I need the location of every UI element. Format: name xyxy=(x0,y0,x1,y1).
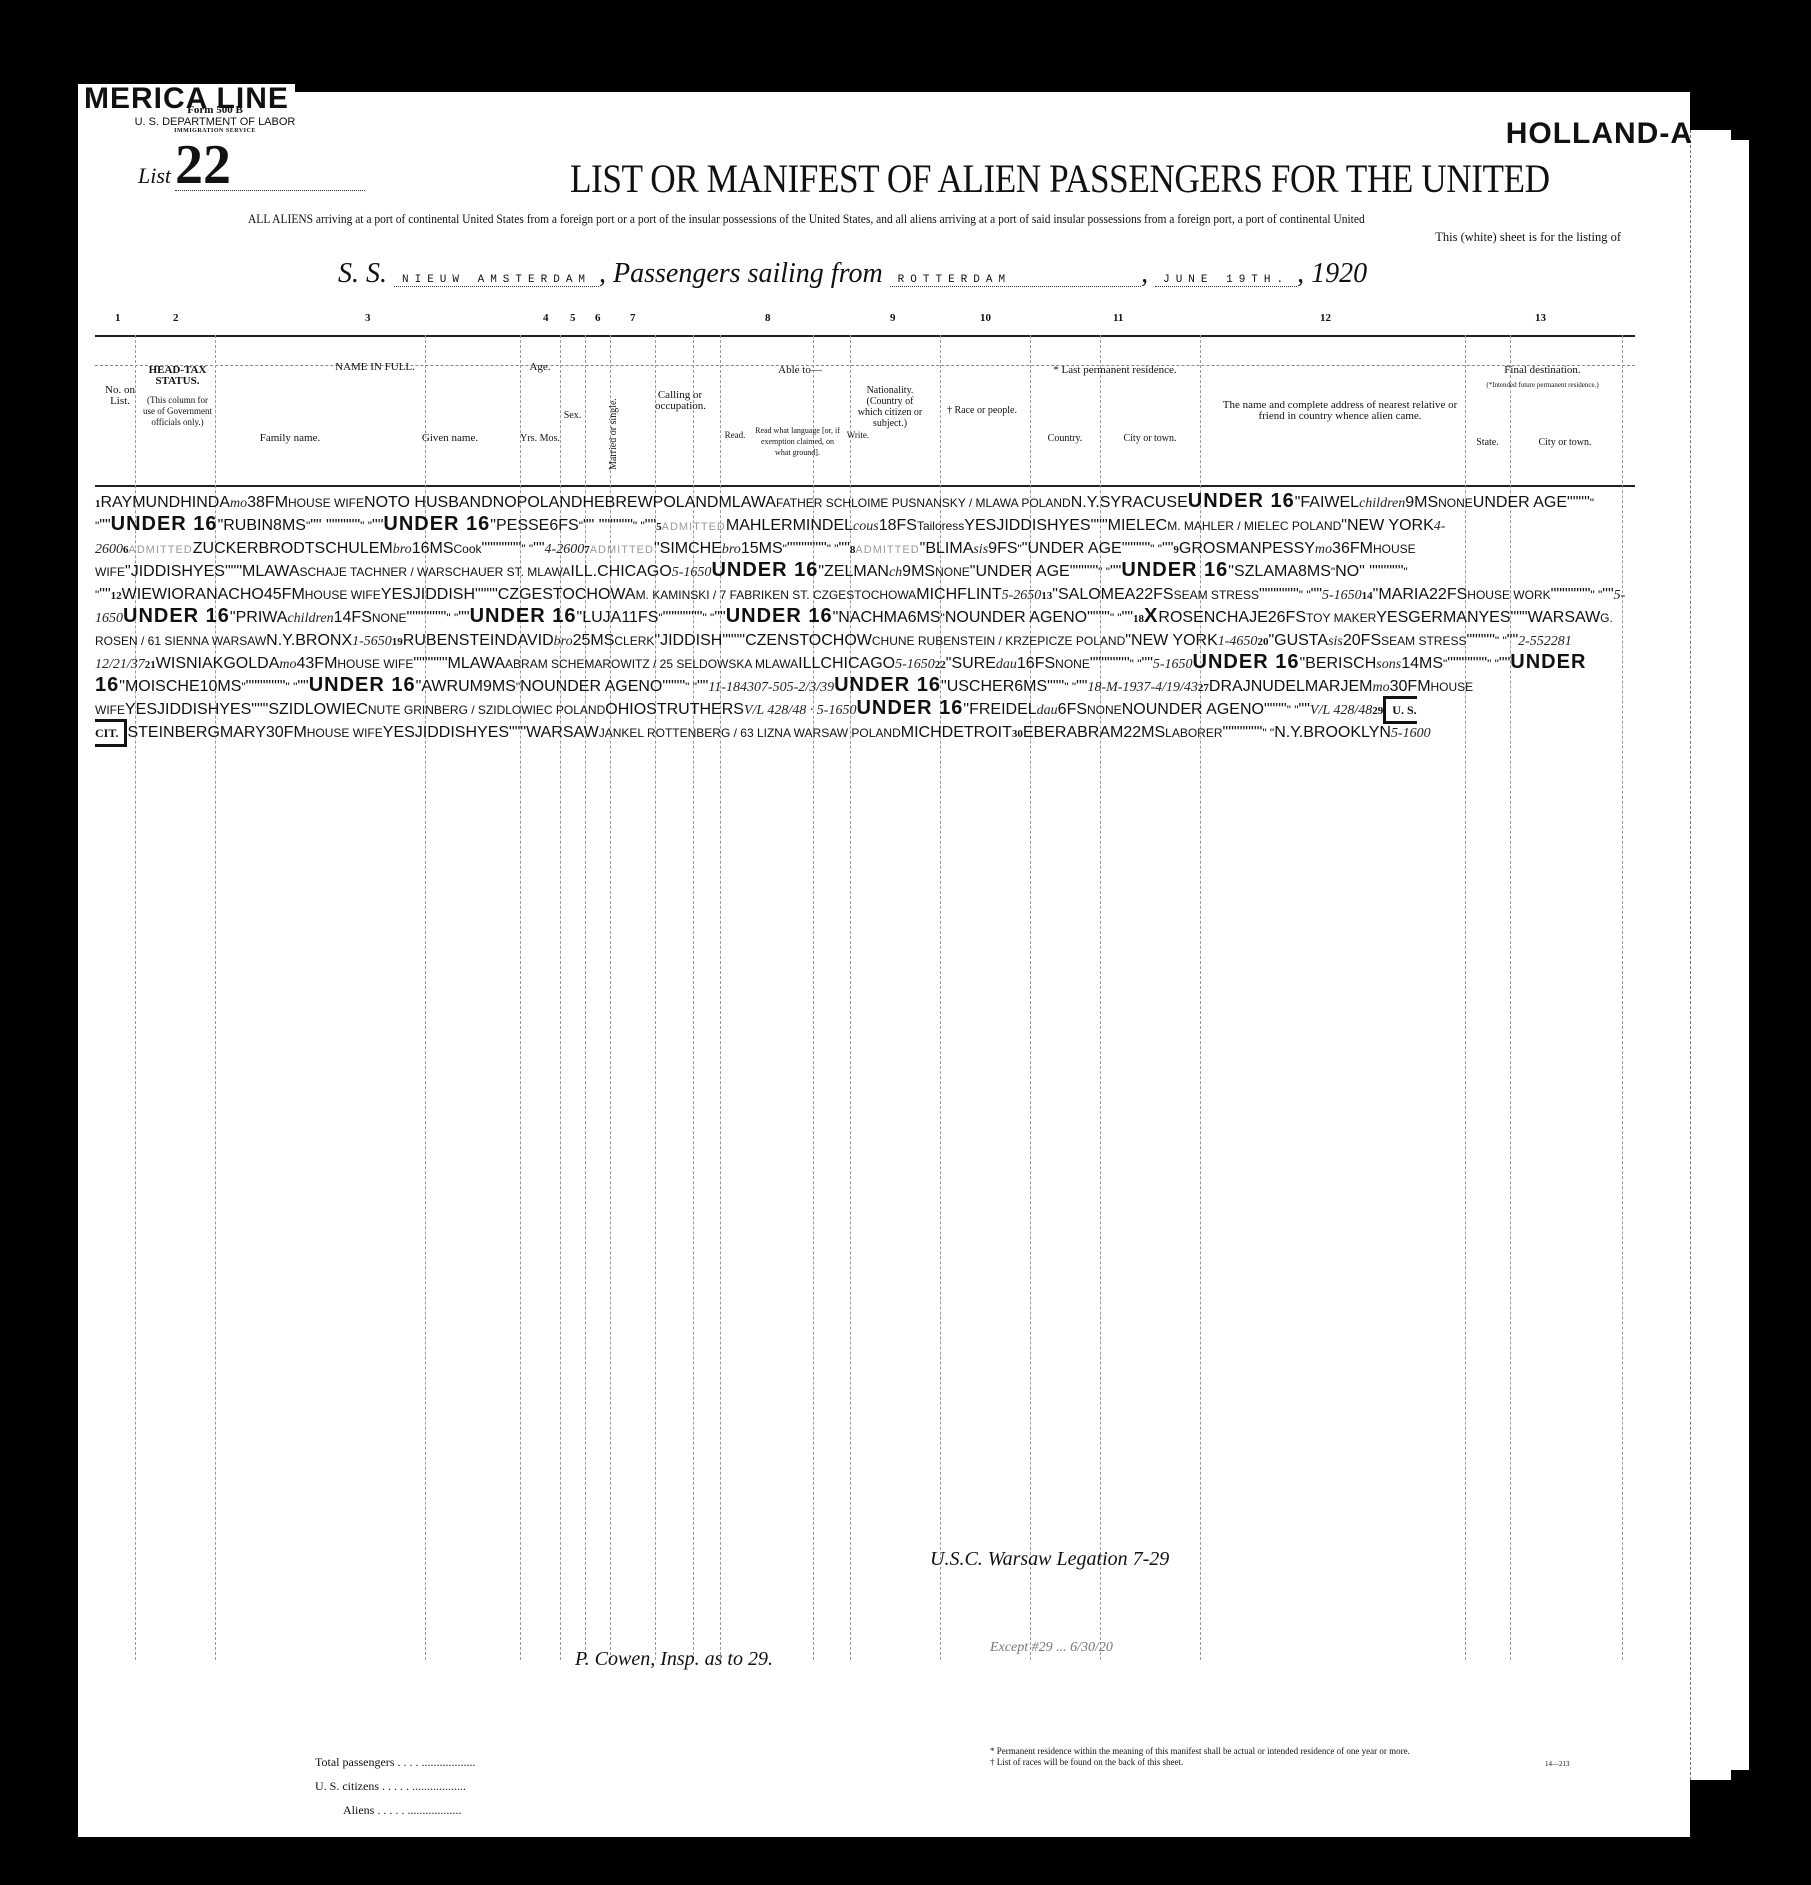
cell-annot: 5-1650 xyxy=(672,565,712,580)
total-passengers-label: Total passengers . . . . ...............… xyxy=(315,1750,475,1774)
cell-write: YES xyxy=(477,724,509,741)
port: ROTTERDAM xyxy=(890,274,1141,287)
cell-age: 16 xyxy=(412,540,430,557)
cell-family: WIEWIORA xyxy=(122,586,206,603)
cell-given: MARJEM xyxy=(1305,678,1373,695)
cell-age: 15 xyxy=(741,540,759,557)
cell-sex: M xyxy=(1141,724,1154,741)
cell-city: SZIDLOWIEC xyxy=(268,701,368,718)
cell-sex: F xyxy=(351,609,361,626)
cell-relative: CHUNE RUBENSTEIN / KRZEPICZE POLAND xyxy=(872,634,1125,648)
list-number: 22 xyxy=(175,140,365,191)
cell-read: NO xyxy=(520,678,544,695)
cell-write: YES xyxy=(1059,517,1091,534)
cell-status: ADMITTED xyxy=(590,544,654,556)
cell-dest: CHICAGO xyxy=(820,655,895,672)
footnote-residence: * Permanent residence within the meaning… xyxy=(990,1746,1410,1757)
cell-sex: M xyxy=(492,678,505,695)
cell-status: UNDER 16 xyxy=(123,605,230,627)
cell-relative: " " xyxy=(446,611,458,625)
cell-rel-note: bro xyxy=(554,634,573,649)
col-num: 2 xyxy=(173,312,179,324)
cell-given: PESSE xyxy=(496,517,549,534)
sailing-label: Passengers sailing from xyxy=(613,258,883,289)
cell-lang: " " xyxy=(1359,563,1375,580)
cell-lang: JIDDISH xyxy=(131,563,193,580)
cell-sex: M xyxy=(429,540,442,557)
cell-occ: SEAM STRESS xyxy=(1381,634,1466,648)
cell-ms: S xyxy=(1037,678,1048,695)
cell-age: 22 xyxy=(1429,586,1447,603)
cell-occ: NONE xyxy=(1055,657,1090,671)
cell-sex: M xyxy=(217,678,230,695)
sailing-date: JUNE 19TH. xyxy=(1155,274,1297,287)
cell-relative: " " xyxy=(827,542,839,556)
header-head-tax: HEAD-TAX STATUS. xyxy=(140,365,215,387)
cell-dest: NEW YORK xyxy=(1131,632,1218,649)
col-num: 3 xyxy=(365,312,371,324)
cell-relative: " " xyxy=(1590,588,1602,602)
cell-sex: M xyxy=(282,517,295,534)
cell-rel-note: mo xyxy=(1315,542,1332,557)
cell-age: 11 xyxy=(621,609,638,626)
header-read-language: Read what language [or, if exemption cla… xyxy=(755,425,840,458)
cell-age: 9 xyxy=(902,563,911,580)
cell-age: 8 xyxy=(273,517,282,534)
header-dest-city: City or town. xyxy=(1515,437,1615,448)
header-race: † Race or people. xyxy=(937,405,1027,416)
cell-family: RUBENSTEIN xyxy=(403,632,506,649)
sailing-year: 1920 xyxy=(1311,258,1367,289)
cell-status: UNDER 16 xyxy=(111,513,218,535)
cell-sex: M xyxy=(759,540,772,557)
cell-annot: V/L 428/48 · 5-1650 xyxy=(744,703,857,718)
cell-relative: " " xyxy=(1064,680,1076,694)
cell-ms: S xyxy=(1163,586,1174,603)
cell-given: GOLDA xyxy=(223,655,279,672)
header-nationality: Nationality. (Country of which citizen o… xyxy=(855,385,925,429)
cell-ms: S xyxy=(604,632,615,649)
cell-rel-note: sons xyxy=(1376,657,1401,672)
cell-given: AWRUM xyxy=(421,678,483,695)
cell-age: 18 xyxy=(879,517,897,534)
cell-lang: JIDDISH xyxy=(996,517,1058,534)
cell-ms: S xyxy=(1432,655,1443,672)
cell-lang: UNDER AGE xyxy=(1473,494,1567,511)
cell-write: NO xyxy=(638,678,662,695)
cell-family: WISNIAK xyxy=(156,655,224,672)
cell-age: 9 xyxy=(483,678,492,695)
footnotes: * Permanent residence within the meaning… xyxy=(990,1746,1410,1768)
header-married-single: Married or single. xyxy=(608,398,619,470)
header-final-destination-note: (*Intended future permanent residence.) xyxy=(1470,380,1615,391)
cell-age: 25 xyxy=(573,632,591,649)
ship-line: S. S. NIEUW AMSTERDAM, Passengers sailin… xyxy=(338,258,1367,290)
cell-city: CZGESTOCHOWA xyxy=(498,586,636,603)
cell-race: HEBREW xyxy=(582,494,652,511)
cell-lang: GERMAN xyxy=(1408,609,1478,626)
header-no-on-list: No. on List. xyxy=(100,385,140,407)
cell-ms: S xyxy=(1044,655,1055,672)
cell-sex: M xyxy=(1419,655,1432,672)
cell-occ: HOUSE WIFE xyxy=(307,726,383,740)
us-citizens-label: U. S. citizens . . . . . ...............… xyxy=(315,1774,475,1798)
cell-rel-note: bro xyxy=(393,542,412,557)
cell-age: 6 xyxy=(549,517,558,534)
cell-relative: " " xyxy=(360,519,372,533)
cell-lang: UNDER AGE xyxy=(1027,540,1121,557)
cell-given: PRIWA xyxy=(236,609,288,626)
cell-family: MAHLER xyxy=(726,517,793,534)
form-number: Form 500 B xyxy=(120,104,310,116)
cell-no: 20 xyxy=(1257,636,1268,648)
cell-no: 14 xyxy=(1362,590,1373,602)
cell-status: UNDER 16 xyxy=(1188,490,1295,512)
cell-sex: F xyxy=(638,609,648,626)
col-num: 12 xyxy=(1320,312,1331,324)
cell-city: MIELEC xyxy=(1108,517,1168,534)
cell-ms: S xyxy=(361,609,372,626)
cell-status: UNDER 16 xyxy=(726,605,833,627)
cell-sex: F xyxy=(314,655,324,672)
cell-lang: JIDDISH xyxy=(660,632,722,649)
col-num: 5 xyxy=(570,312,576,324)
cell-ms: M xyxy=(293,724,306,741)
header-state: State. xyxy=(1465,437,1510,448)
exception-note: Except #29 ... 6/30/20 xyxy=(990,1640,1113,1656)
cell-ms: M xyxy=(324,655,337,672)
form-code: 14—213 xyxy=(1545,1760,1570,1768)
cell-no: 29 xyxy=(1372,705,1383,717)
cell-state: ILL. xyxy=(570,563,597,580)
cell-annot: 4-2600 xyxy=(545,542,585,557)
cell-occ: TOY MAKER xyxy=(1306,611,1376,625)
cell-given: SURE xyxy=(951,655,995,672)
cell-occ: HOUSE WIFE xyxy=(305,588,381,602)
cell-ms: S xyxy=(1370,632,1381,649)
cell-rel-note: children xyxy=(1359,496,1405,511)
header-given-name: Given name. xyxy=(400,433,500,444)
cell-occ: HOUSE WIFE xyxy=(288,496,364,510)
cell-family: ZUCKERBRODT xyxy=(193,540,315,557)
cell-status: UNDER 16 xyxy=(711,559,818,581)
cell-ms: S xyxy=(1154,724,1165,741)
cell-relative: ABRAM SCHEMAROWITZ / 25 SELDOWSKA MLAWA xyxy=(505,657,798,671)
cell-lang: JIDDISH xyxy=(413,586,475,603)
cell-relative: " " xyxy=(702,611,714,625)
cell-age: 14 xyxy=(1401,655,1419,672)
cell-status: ADMITTED xyxy=(129,544,193,556)
cell-no: 30 xyxy=(1012,728,1023,740)
cell-write: YES xyxy=(1479,609,1511,626)
cell-ms: M xyxy=(291,586,304,603)
cell-given: FAIWEL xyxy=(1300,494,1359,511)
cell-given: GUSTA xyxy=(1274,632,1328,649)
col-num: 8 xyxy=(765,312,771,324)
cell-lang: UNDER AGE xyxy=(1146,701,1240,718)
cell-lang: JIDDISH xyxy=(415,724,477,741)
header-final-destination: Final destination. xyxy=(1470,365,1615,376)
cell-sex: M xyxy=(1023,678,1036,695)
cell-given: MARY xyxy=(220,724,266,741)
cell-relative: FATHER SCHLOIME PUSNANSKY / MLAWA POLAND xyxy=(776,496,1071,510)
cell-sex: F xyxy=(896,517,906,534)
page-title: LIST OR MANIFEST OF ALIEN PASSENGERS FOR… xyxy=(570,155,1550,202)
cell-relative: " " xyxy=(1495,634,1507,648)
header-country: Country. xyxy=(1030,433,1100,444)
cell-given: MINDEL xyxy=(793,517,853,534)
cell-city: MLAWA xyxy=(448,655,505,672)
cell-relative: " " xyxy=(1487,657,1499,671)
cell-family: STEINBERG xyxy=(127,724,219,741)
cell-status: UNDER 16 xyxy=(309,674,416,696)
cell-state: MICH xyxy=(901,724,942,741)
cell-relative: " " xyxy=(633,519,645,533)
cell-rel-note: mo xyxy=(1372,680,1389,695)
cell-ms: S xyxy=(1295,609,1306,626)
list-label: List xyxy=(138,163,171,188)
cell-occ: HOUSE WORK xyxy=(1467,588,1550,602)
cell-age: 22 xyxy=(1135,586,1153,603)
cell-annot: 1-4650 xyxy=(1218,634,1258,649)
cell-dest: FLINT xyxy=(957,586,1001,603)
cell-no: 18 xyxy=(1133,613,1144,625)
cell-given: BLIMA xyxy=(925,540,973,557)
cell-sex: F xyxy=(282,586,292,603)
cell-ms: S xyxy=(1076,701,1087,718)
cell-age: 30 xyxy=(1390,678,1408,695)
cell-age: 6 xyxy=(1014,678,1023,695)
cell-age: 45 xyxy=(264,586,282,603)
col-num: 13 xyxy=(1535,312,1546,324)
cell-sex: F xyxy=(1286,609,1296,626)
cell-given: SZLAMA xyxy=(1234,563,1298,580)
cell-dest: CHICAGO xyxy=(597,563,672,580)
cell-given: BERISCH xyxy=(1305,655,1376,672)
cell-ms: S xyxy=(231,678,242,695)
aliens-label: Aliens . . . . . .................. xyxy=(315,1798,475,1822)
cell-family: DRAJNUDEL xyxy=(1209,678,1305,695)
cell-rel-note: sis xyxy=(1328,634,1343,649)
col-num: 4 xyxy=(543,312,549,324)
cell-read: NO xyxy=(1335,563,1359,580)
cell-state: OHIO xyxy=(605,701,646,718)
cell-occ: SEAM STRESS xyxy=(1174,588,1259,602)
cell-lang: UNDER AGE xyxy=(544,678,638,695)
cell-annot: 11-184307-505-2/3/39 xyxy=(708,680,834,695)
header-relative: The name and complete address of nearest… xyxy=(1215,400,1465,422)
cell-given: NACHMA xyxy=(838,609,907,626)
col-num: 11 xyxy=(1113,312,1123,324)
cell-write: NO xyxy=(1240,701,1264,718)
cell-rel-note: dau xyxy=(1037,703,1058,718)
cell-given: MOISCHE xyxy=(125,678,200,695)
cell-relative: " " xyxy=(1130,657,1142,671)
cell-read: NO xyxy=(1122,701,1146,718)
cell-sex: F xyxy=(1361,632,1371,649)
cell-sex: F xyxy=(1153,586,1163,603)
cell-ms: S xyxy=(906,517,917,534)
header-write: Write. xyxy=(843,430,873,441)
cell-ms: S xyxy=(1320,563,1331,580)
cell-city: CZENSTOCHOW xyxy=(745,632,872,649)
footnote-races: † List of races will be found on the bac… xyxy=(990,1757,1410,1768)
cell-rel-note: ch xyxy=(889,565,902,580)
cell-rel-note: bro xyxy=(722,542,741,557)
header-head-tax-note: (This column for use of Government offic… xyxy=(140,395,215,428)
cell-ms: M xyxy=(1417,678,1430,695)
cell-sex: F xyxy=(1350,540,1360,557)
cell-sex: F xyxy=(558,517,568,534)
cell-relative: " " xyxy=(1299,588,1311,602)
inspector-note: P. Cowen, Insp. as to 29. xyxy=(575,1648,773,1671)
cell-status: ADMITTED xyxy=(662,521,726,533)
ship-prefix: S. S. xyxy=(338,258,387,289)
cell-family: GROSMAN xyxy=(1179,540,1262,557)
cell-ms: S xyxy=(930,609,941,626)
header-city-town: City or town. xyxy=(1100,433,1200,444)
cell-occ: NONE xyxy=(372,611,407,625)
cell-family: EBER xyxy=(1023,724,1067,741)
cell-nat: POLAND xyxy=(517,494,583,511)
col-num: 1 xyxy=(115,312,121,324)
cell-relative: JANKEL ROTTENBERG / 63 LIZNA WARSAW POLA… xyxy=(599,726,901,740)
cell-write: NO xyxy=(1063,609,1087,626)
cell-sex: M xyxy=(1414,494,1427,511)
list-number-line: List 22 xyxy=(138,140,365,191)
cell-read: YES xyxy=(125,701,157,718)
cell-no: 21 xyxy=(145,659,156,671)
cell-state: N.Y. xyxy=(1274,724,1303,741)
cell-given: RUBIN xyxy=(223,517,273,534)
cell-occ: Cook xyxy=(453,542,481,556)
cell-read: NO xyxy=(945,609,969,626)
cell-lang: " " xyxy=(316,517,332,534)
cell-family: RAYMUND xyxy=(101,494,181,511)
cell-given: LUJA xyxy=(582,609,621,626)
line-name-right: HOLLAND-A xyxy=(1506,117,1693,151)
cell-annot: V/L 428/48 xyxy=(1310,703,1372,718)
cell-sex: M xyxy=(1307,563,1320,580)
cell-state: N.Y. xyxy=(266,632,295,649)
cell-sex: F xyxy=(265,494,275,511)
cell-annot: 5-2650 xyxy=(1002,588,1042,603)
cell-no: 13 xyxy=(1041,590,1052,602)
cell-annot: 5-1650 xyxy=(1153,657,1193,672)
cell-age: 9 xyxy=(1405,494,1414,511)
cell-ms: S xyxy=(568,517,579,534)
cell-given: NACHO xyxy=(206,586,264,603)
cell-relative: M. MAHLER / MIELEC POLAND xyxy=(1167,519,1341,533)
cell-lang: JIDDISH xyxy=(157,701,219,718)
cell-relative: " " xyxy=(521,542,533,556)
cell-age: 6 xyxy=(1058,701,1067,718)
cell-lang: " " xyxy=(589,517,605,534)
cell-age: 43 xyxy=(296,655,314,672)
cell-read: YES xyxy=(381,586,413,603)
cell-sex: F xyxy=(1447,586,1457,603)
cell-given: USCHER xyxy=(947,678,1015,695)
cell-occ: HOUSE WIFE xyxy=(337,657,413,671)
cell-write: YES xyxy=(193,563,225,580)
header-age: Age. xyxy=(520,362,560,373)
cell-annot: 18-M-1937-4/19/43 xyxy=(1087,680,1197,695)
cell-dest: BRONX xyxy=(295,632,352,649)
cell-rel-note: mo xyxy=(230,496,247,511)
cell-age: 30 xyxy=(266,724,284,741)
cell-age: 6 xyxy=(908,609,917,626)
cell-no: 27 xyxy=(1198,682,1209,694)
header-calling: Calling or occupation. xyxy=(655,390,705,412)
usc-note: U.S.C. Warsaw Legation 7-29 xyxy=(930,1548,1169,1571)
column-numbers: 1 2 3 4 5 6 7 8 9 10 11 12 13 xyxy=(95,312,1635,332)
department: U. S. DEPARTMENT OF LABOR xyxy=(120,116,310,128)
cell-relative: " " xyxy=(1262,726,1274,740)
cell-relative: NUTE GRINBERG / SZIDLOWIEC POLAND xyxy=(368,703,605,717)
cell-age: 8 xyxy=(1298,563,1307,580)
cell-given: DAVID xyxy=(506,632,554,649)
cell-sex: M xyxy=(917,609,930,626)
cell-city: MLAWA xyxy=(242,563,299,580)
header-name-in-full: NAME IN FULL. xyxy=(250,362,500,373)
header-able-to: Able to— xyxy=(730,365,870,376)
cell-sex: F xyxy=(997,540,1007,557)
cell-sex: M xyxy=(911,563,924,580)
header-sex: Sex. xyxy=(560,410,585,421)
cell-ms: M xyxy=(275,494,288,511)
cell-read: YES xyxy=(1376,609,1408,626)
cell-age: 22 xyxy=(1123,724,1141,741)
cell-given: SALOMEA xyxy=(1058,586,1135,603)
cell-age: 38 xyxy=(247,494,265,511)
cell-age: 16 xyxy=(1017,655,1035,672)
cell-lang: UNDER AGE xyxy=(969,609,1063,626)
cell-relative: " " xyxy=(1110,611,1122,625)
form-block: Form 500 B U. S. DEPARTMENT OF LABOR IMM… xyxy=(120,104,310,134)
cell-write: NO xyxy=(493,494,517,511)
cell-ms: S xyxy=(1457,586,1468,603)
cell-rel-note: children xyxy=(287,611,333,626)
cell-relative: M. KAMINSKI / 7 FABRIKEN ST. CZGESTOCHOW… xyxy=(636,588,917,602)
cell-status: ADMITTED xyxy=(855,544,919,556)
cell-write: YES xyxy=(219,701,251,718)
cell-age: 20 xyxy=(1343,632,1361,649)
cell-status: UNDER 16 xyxy=(1121,559,1228,581)
cell-given: MARIA xyxy=(1378,586,1429,603)
cell-status: UNDER 16 xyxy=(834,674,941,696)
cell-given: ZELMAN xyxy=(824,563,889,580)
cell-age: 9 xyxy=(988,540,997,557)
subtitle-2: This (white) sheet is for the listing of xyxy=(1435,230,1621,245)
cell-status: X xyxy=(1144,605,1158,627)
cell-occ: CLERK xyxy=(614,634,654,648)
header-yrs-mos: Yrs. Mos. xyxy=(520,433,560,444)
col-num: 10 xyxy=(980,312,991,324)
cell-occ: NONE xyxy=(935,565,970,579)
cell-annot: 5-1650 xyxy=(895,657,935,672)
cell-ms: S xyxy=(648,609,659,626)
cell-ms: S xyxy=(295,517,306,534)
cell-age: 36 xyxy=(1332,540,1350,557)
col-num: 9 xyxy=(890,312,896,324)
cell-given: PESSY xyxy=(1262,540,1315,557)
cell-state: N.Y. xyxy=(1071,494,1100,511)
cell-relative: " " xyxy=(1287,703,1299,717)
cell-ms: S xyxy=(505,678,516,695)
underlying-sheet xyxy=(1690,130,1731,1780)
cell-occ: LABORER xyxy=(1165,726,1222,740)
header-family-name: Family name. xyxy=(240,433,340,444)
